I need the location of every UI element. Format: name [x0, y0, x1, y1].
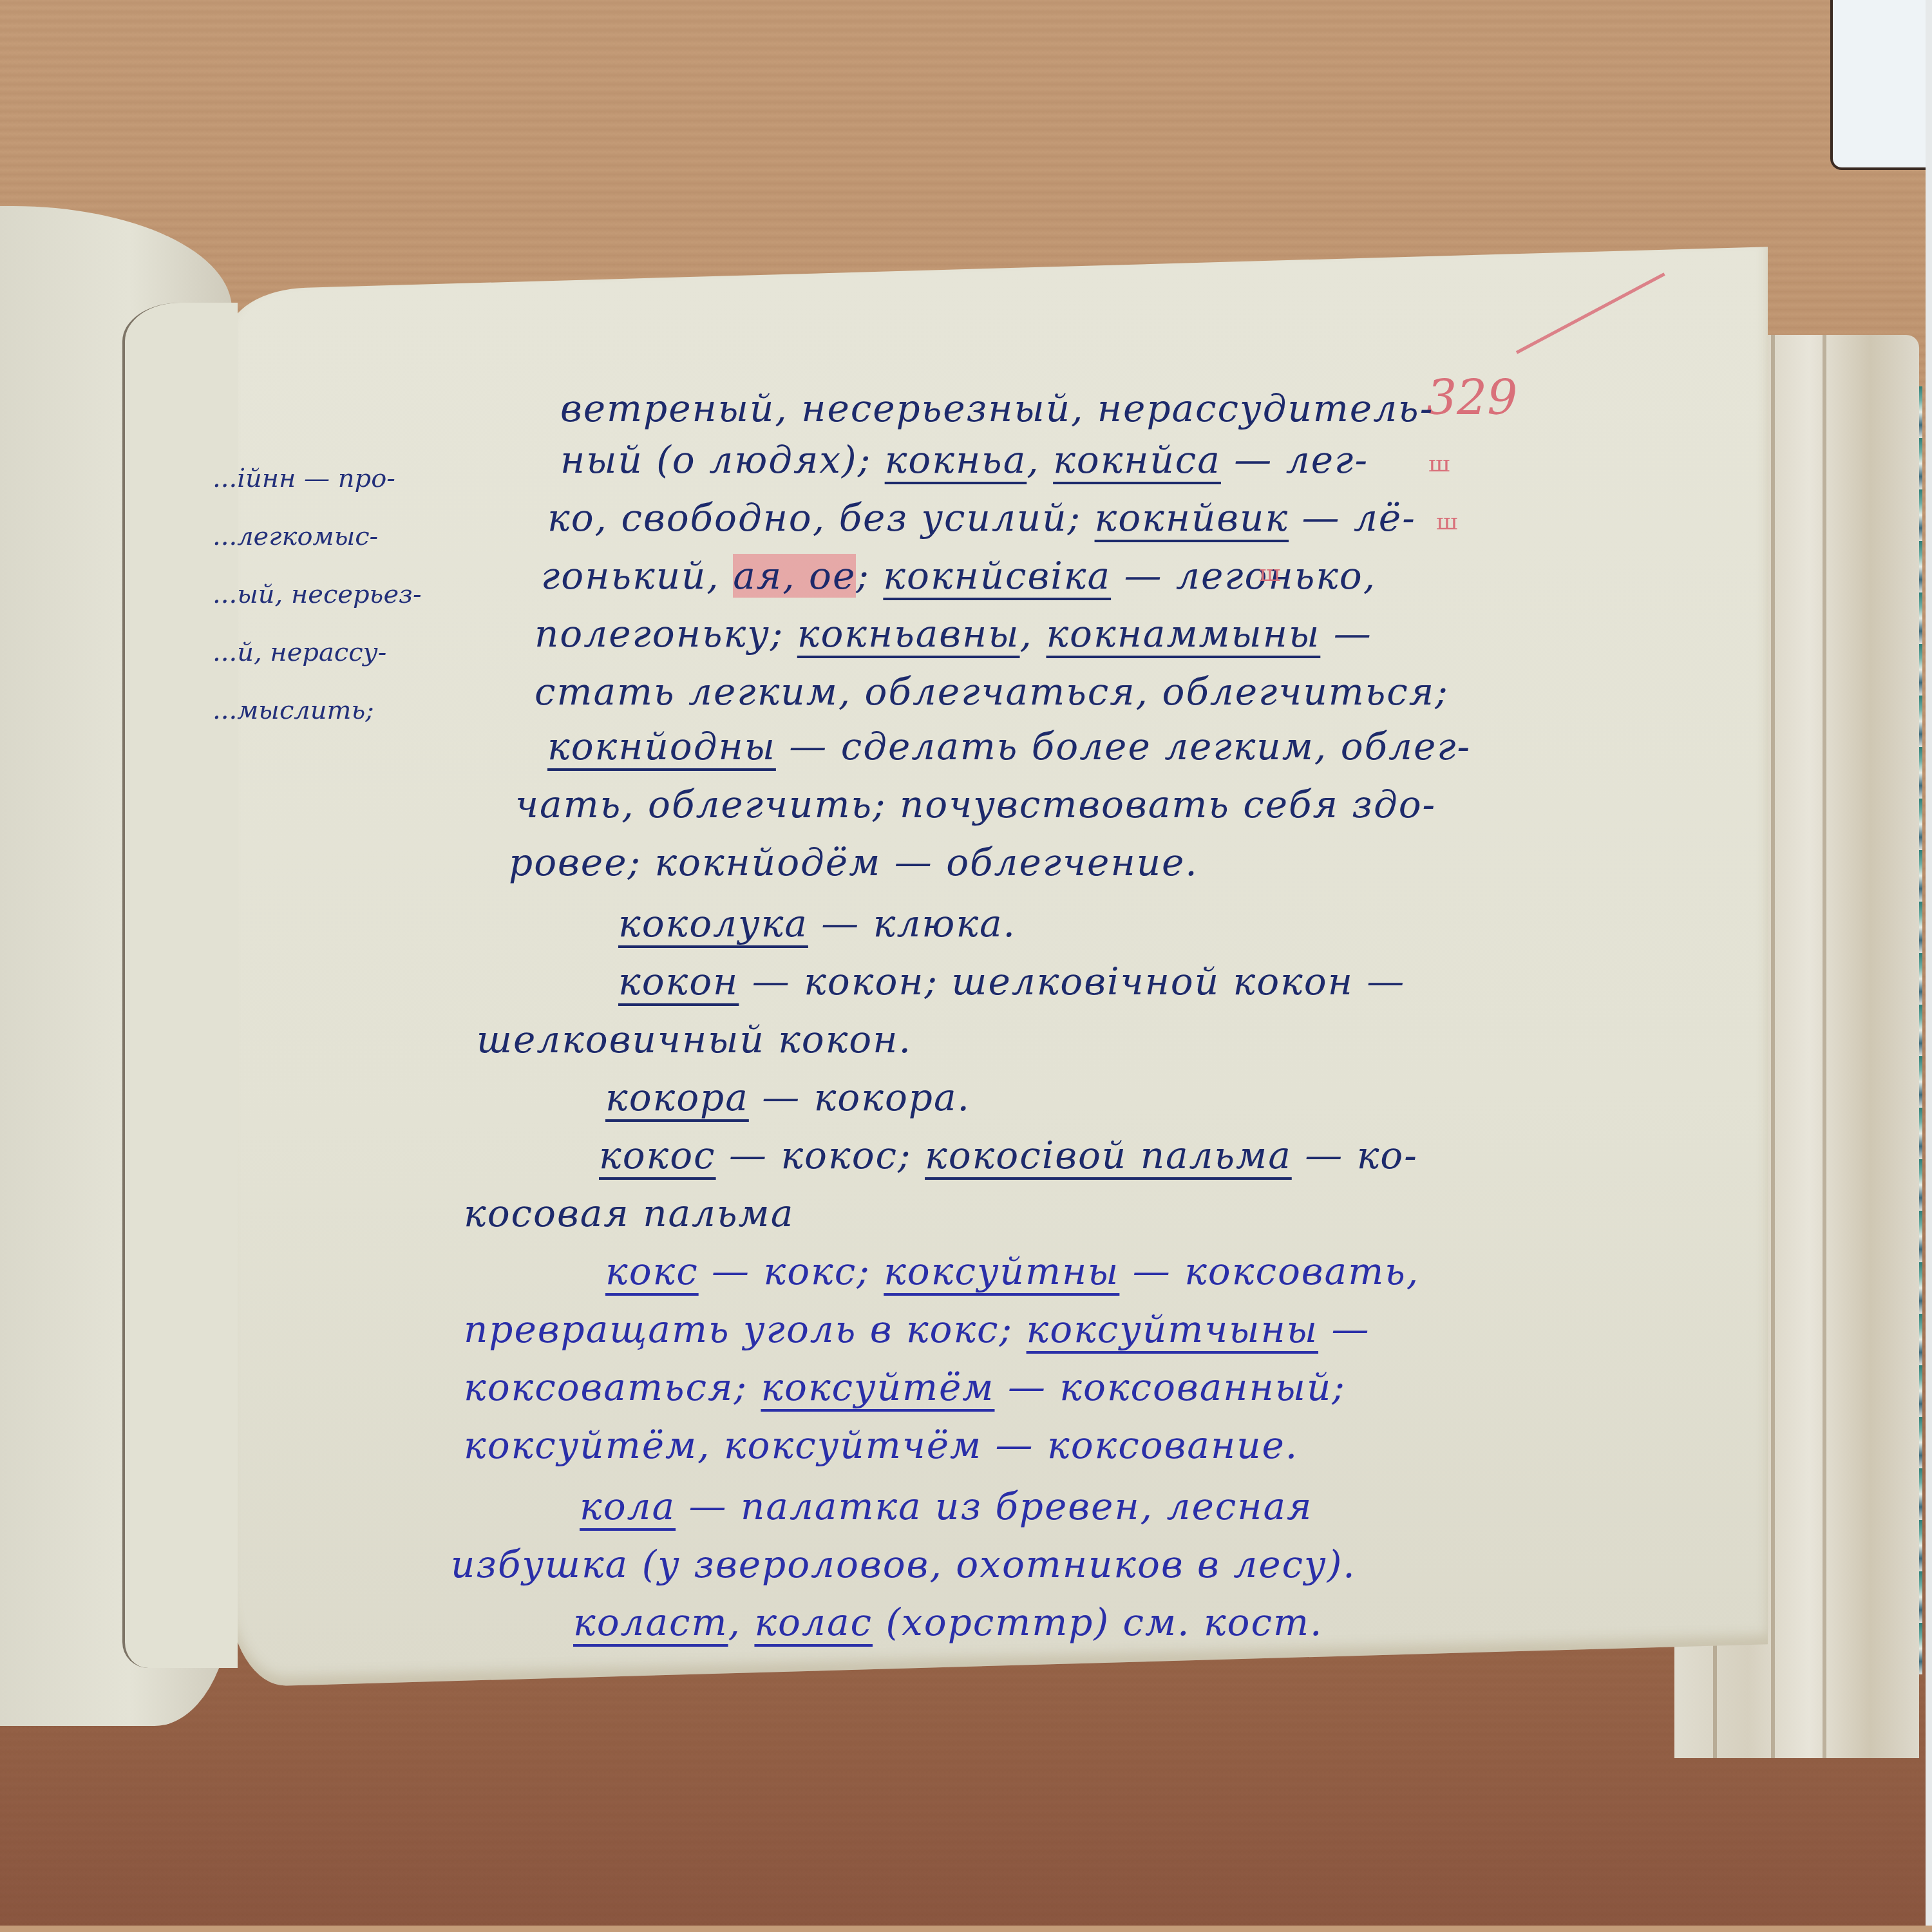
text-span: — — [1318, 1307, 1370, 1351]
page-number: 329 — [1426, 370, 1517, 426]
text-span: , — [1020, 612, 1046, 656]
text-span: , — [1027, 438, 1053, 482]
text-line: стать легким, облегчаться, облегчиться; — [535, 670, 1449, 714]
headword: кокнйса — [1053, 438, 1221, 482]
text-span: — кокора. — [749, 1075, 971, 1119]
red-correction-mark: ш — [1428, 451, 1450, 477]
left-page-margin — [122, 303, 238, 1668]
text-span: ; — [856, 554, 883, 598]
headword: коксуйтчыны — [1027, 1307, 1318, 1351]
corner-card — [1830, 0, 1928, 170]
text-span: — лег- — [1221, 438, 1368, 482]
text-span: ный (о людях); — [560, 438, 885, 482]
text-line: коколука — клюка. — [618, 902, 1016, 945]
image-border — [1926, 0, 1932, 1932]
text-line: избушка (у звероловов, охотников в лесу)… — [451, 1542, 1356, 1586]
headword: кокон — [618, 960, 739, 1003]
red-correction-mark: ш — [1259, 560, 1280, 587]
headword: кокос — [599, 1133, 716, 1177]
text-span: коксоваться; — [464, 1365, 761, 1409]
text-line: кокора — кокора. — [605, 1075, 971, 1119]
headword: коколука — [618, 902, 808, 945]
text-span: коксуйтём, коксуйтчём — коксование. — [464, 1423, 1298, 1467]
headword: кола — [580, 1484, 676, 1528]
text-span: — лё- — [1289, 496, 1416, 540]
text-line: кокс — кокс; коксуйтны — коксовать, — [605, 1249, 1419, 1293]
headword: кокнйвик — [1095, 496, 1289, 540]
headword: кокора — [605, 1075, 749, 1119]
headword: кокньа — [885, 438, 1027, 482]
text-span: (хорсттр) см. кост. — [873, 1600, 1323, 1644]
margin-line: ...ійнн — про- — [213, 464, 395, 493]
headword: кокс — [605, 1249, 699, 1293]
text-span: избушка (у звероловов, охотников в лесу)… — [451, 1542, 1356, 1586]
text-span: ровее; кокнйодём — облегчение. — [509, 840, 1198, 884]
text-span: чать, облегчить; почувствовать себя здо- — [515, 782, 1436, 826]
text-span: превращать уголь в кокс; — [464, 1307, 1027, 1351]
red-correction-mark: ш — [1436, 509, 1457, 535]
page-edge-line — [1823, 335, 1826, 1758]
image-border — [0, 1926, 1932, 1932]
text-span: — — [1320, 612, 1372, 656]
margin-line: ...ый, несерьез- — [213, 580, 421, 609]
text-span: — кокос; — [716, 1133, 925, 1177]
headword: кокнаммыны — [1046, 612, 1320, 656]
text-span: — коксовать, — [1119, 1249, 1419, 1293]
text-span: — кокон; шелковічной кокон — — [739, 960, 1405, 1003]
margin-line: ...мыслить; — [213, 696, 374, 725]
text-line: коласт, колас (хорсттр) см. кост. — [573, 1600, 1323, 1644]
text-line: коксуйтём, коксуйтчём — коксование. — [464, 1423, 1298, 1467]
text-span: гонький, — [541, 554, 733, 598]
text-line: кокнйодны — сделать более легким, облег- — [547, 724, 1471, 768]
text-line: полегоньку; кокньавны, кокнаммыны — — [535, 612, 1372, 656]
headword: колас — [754, 1600, 873, 1644]
text-line: кокон — кокон; шелковічной кокон — — [618, 960, 1405, 1003]
text-span: — палатка из бревен, лесная — [676, 1484, 1312, 1528]
text-span: ветреный, несерьезный, нерассудитель- — [560, 386, 1434, 430]
text-span: полегоньку; — [535, 612, 797, 656]
text-span: стать легким, облегчаться, облегчиться; — [535, 670, 1449, 714]
text-line: кола — палатка из бревен, лесная — [580, 1484, 1312, 1528]
page-edge-line — [1771, 335, 1775, 1758]
headword: кокнйодны — [547, 724, 776, 768]
text-span: — ко- — [1292, 1133, 1418, 1177]
text-span: шелковичный кокон. — [477, 1018, 912, 1061]
text-line: косовая пальма — [464, 1191, 794, 1235]
text-line: коксоваться; коксуйтём — коксованный; — [464, 1365, 1346, 1409]
margin-line: ...легкомыс- — [213, 522, 378, 551]
text-line: превращать уголь в кокс; коксуйтчыны — — [464, 1307, 1370, 1351]
text-span: — легонько, — [1111, 554, 1376, 598]
text-span: , — [728, 1600, 755, 1644]
headword: кокнйсвіка — [883, 554, 1111, 598]
text-line: чать, облегчить; почувствовать себя здо- — [515, 782, 1436, 826]
struck-text: ая, ое — [733, 554, 856, 598]
headword: кокосівой пальма — [925, 1133, 1292, 1177]
headword: кокньавны — [797, 612, 1020, 656]
text-span: ко, свободно, без усилий; — [547, 496, 1095, 540]
text-span: — клюка. — [808, 902, 1016, 945]
text-line: ровее; кокнйодём — облегчение. — [509, 840, 1198, 884]
margin-line: ...й, нерассу- — [213, 638, 386, 667]
text-line: ветреный, несерьезный, нерассудитель- — [560, 386, 1434, 430]
text-line: ко, свободно, без усилий; кокнйвик — лё- — [547, 496, 1416, 540]
text-line: шелковичный кокон. — [477, 1018, 912, 1061]
text-line: ный (о людях); кокньа, кокнйса — лег- — [560, 438, 1368, 482]
text-span: — сделать более легким, облег- — [776, 724, 1471, 768]
text-line: гонький, ая, ое; кокнйсвіка — легонько, — [541, 554, 1376, 598]
headword: коксуйтны — [884, 1249, 1119, 1293]
text-span: — коксованный; — [994, 1365, 1345, 1409]
text-span: — кокс; — [699, 1249, 884, 1293]
text-span: косовая пальма — [464, 1191, 794, 1235]
headword: коксуйтём — [761, 1365, 994, 1409]
headword: коласт — [573, 1600, 728, 1644]
text-line: кокос — кокос; кокосівой пальма — ко- — [599, 1133, 1418, 1177]
